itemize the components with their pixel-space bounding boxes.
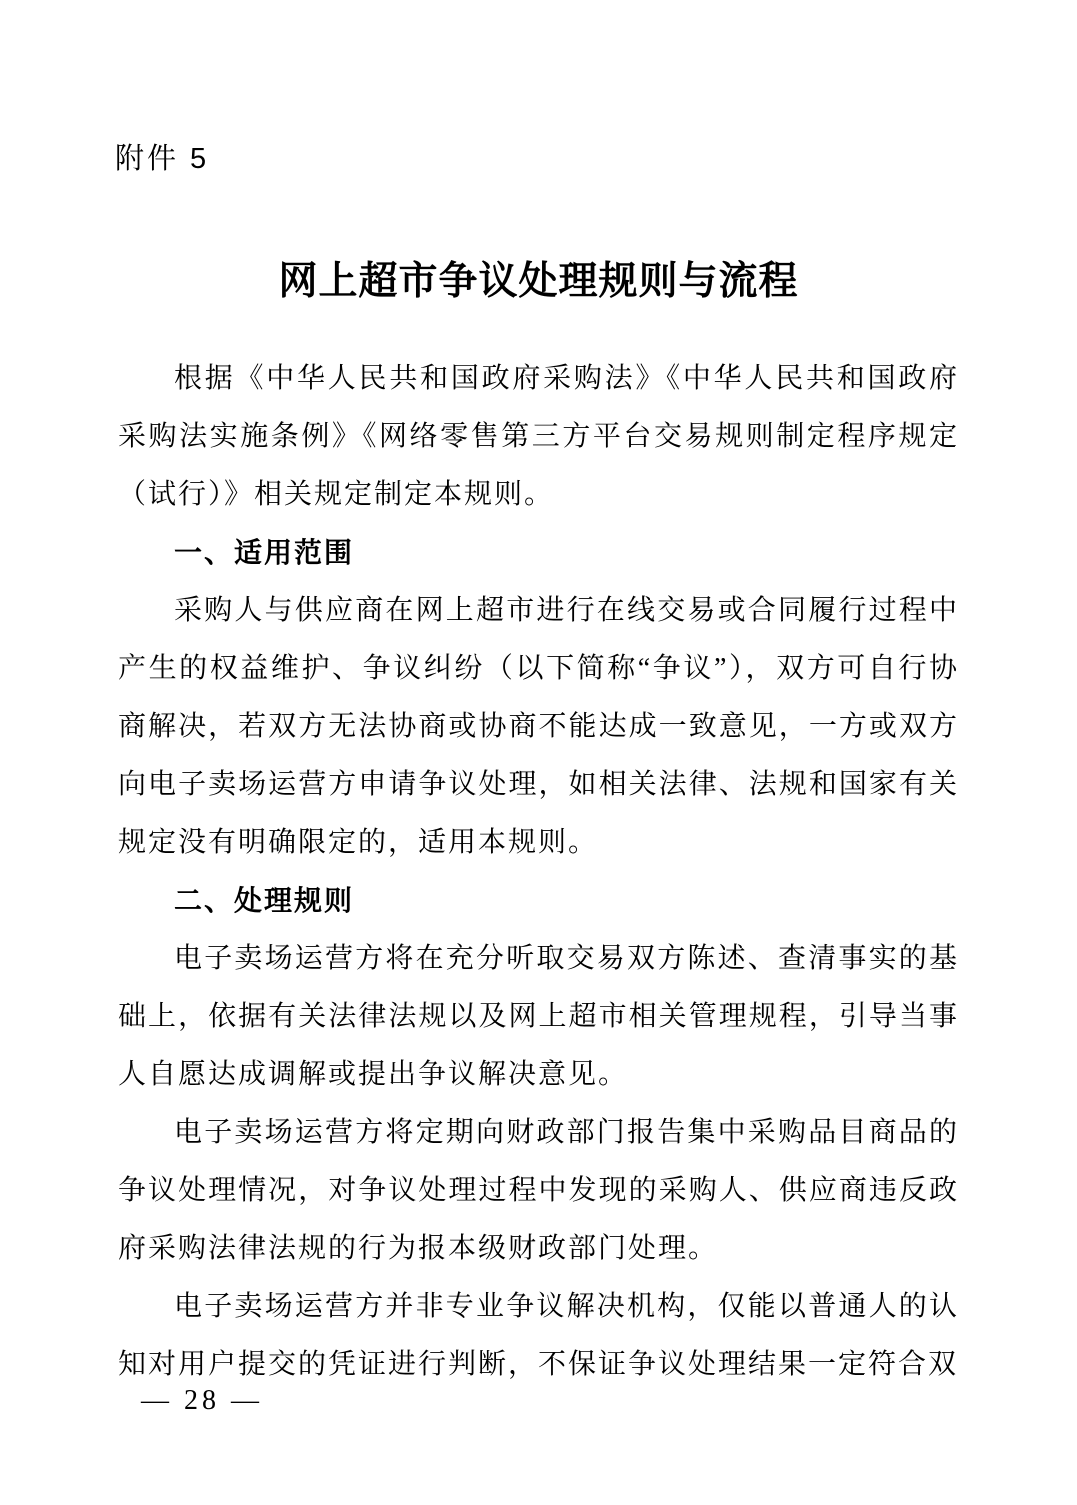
page-number: — 28 — (141, 1384, 263, 1418)
section1-heading: 一、适用范围 (118, 524, 959, 582)
intro-paragraph: 根据《中华人民共和国政府采购法》《中华人民共和国政府采购法实施条例》《网络零售第… (118, 350, 959, 524)
section2-paragraph-1: 电子卖场运营方将在充分听取交易双方陈述、查清事实的基础上，依据有关法律法规以及网… (118, 930, 959, 1104)
page-title: 网上超市争议处理规则与流程 (0, 256, 1077, 308)
section1-paragraph: 采购人与供应商在网上超市进行在线交易或合同履行过程中产生的权益维护、争议纠纷（以… (118, 582, 959, 872)
section2-paragraph-2: 电子卖场运营方将定期向财政部门报告集中采购品目商品的争议处理情况，对争议处理过程… (118, 1104, 959, 1278)
section2-heading: 二、处理规则 (118, 872, 959, 930)
attachment-label: 附件 5 (115, 139, 209, 179)
section2-paragraph-3: 电子卖场运营方并非专业争议解决机构，仅能以普通人的认知对用户提交的凭证进行判断，… (118, 1278, 959, 1394)
document-page: 附件 5 网上超市争议处理规则与流程 根据《中华人民共和国政府采购法》《中华人民… (0, 0, 1077, 1505)
document-body: 根据《中华人民共和国政府采购法》《中华人民共和国政府采购法实施条例》《网络零售第… (118, 350, 959, 1394)
